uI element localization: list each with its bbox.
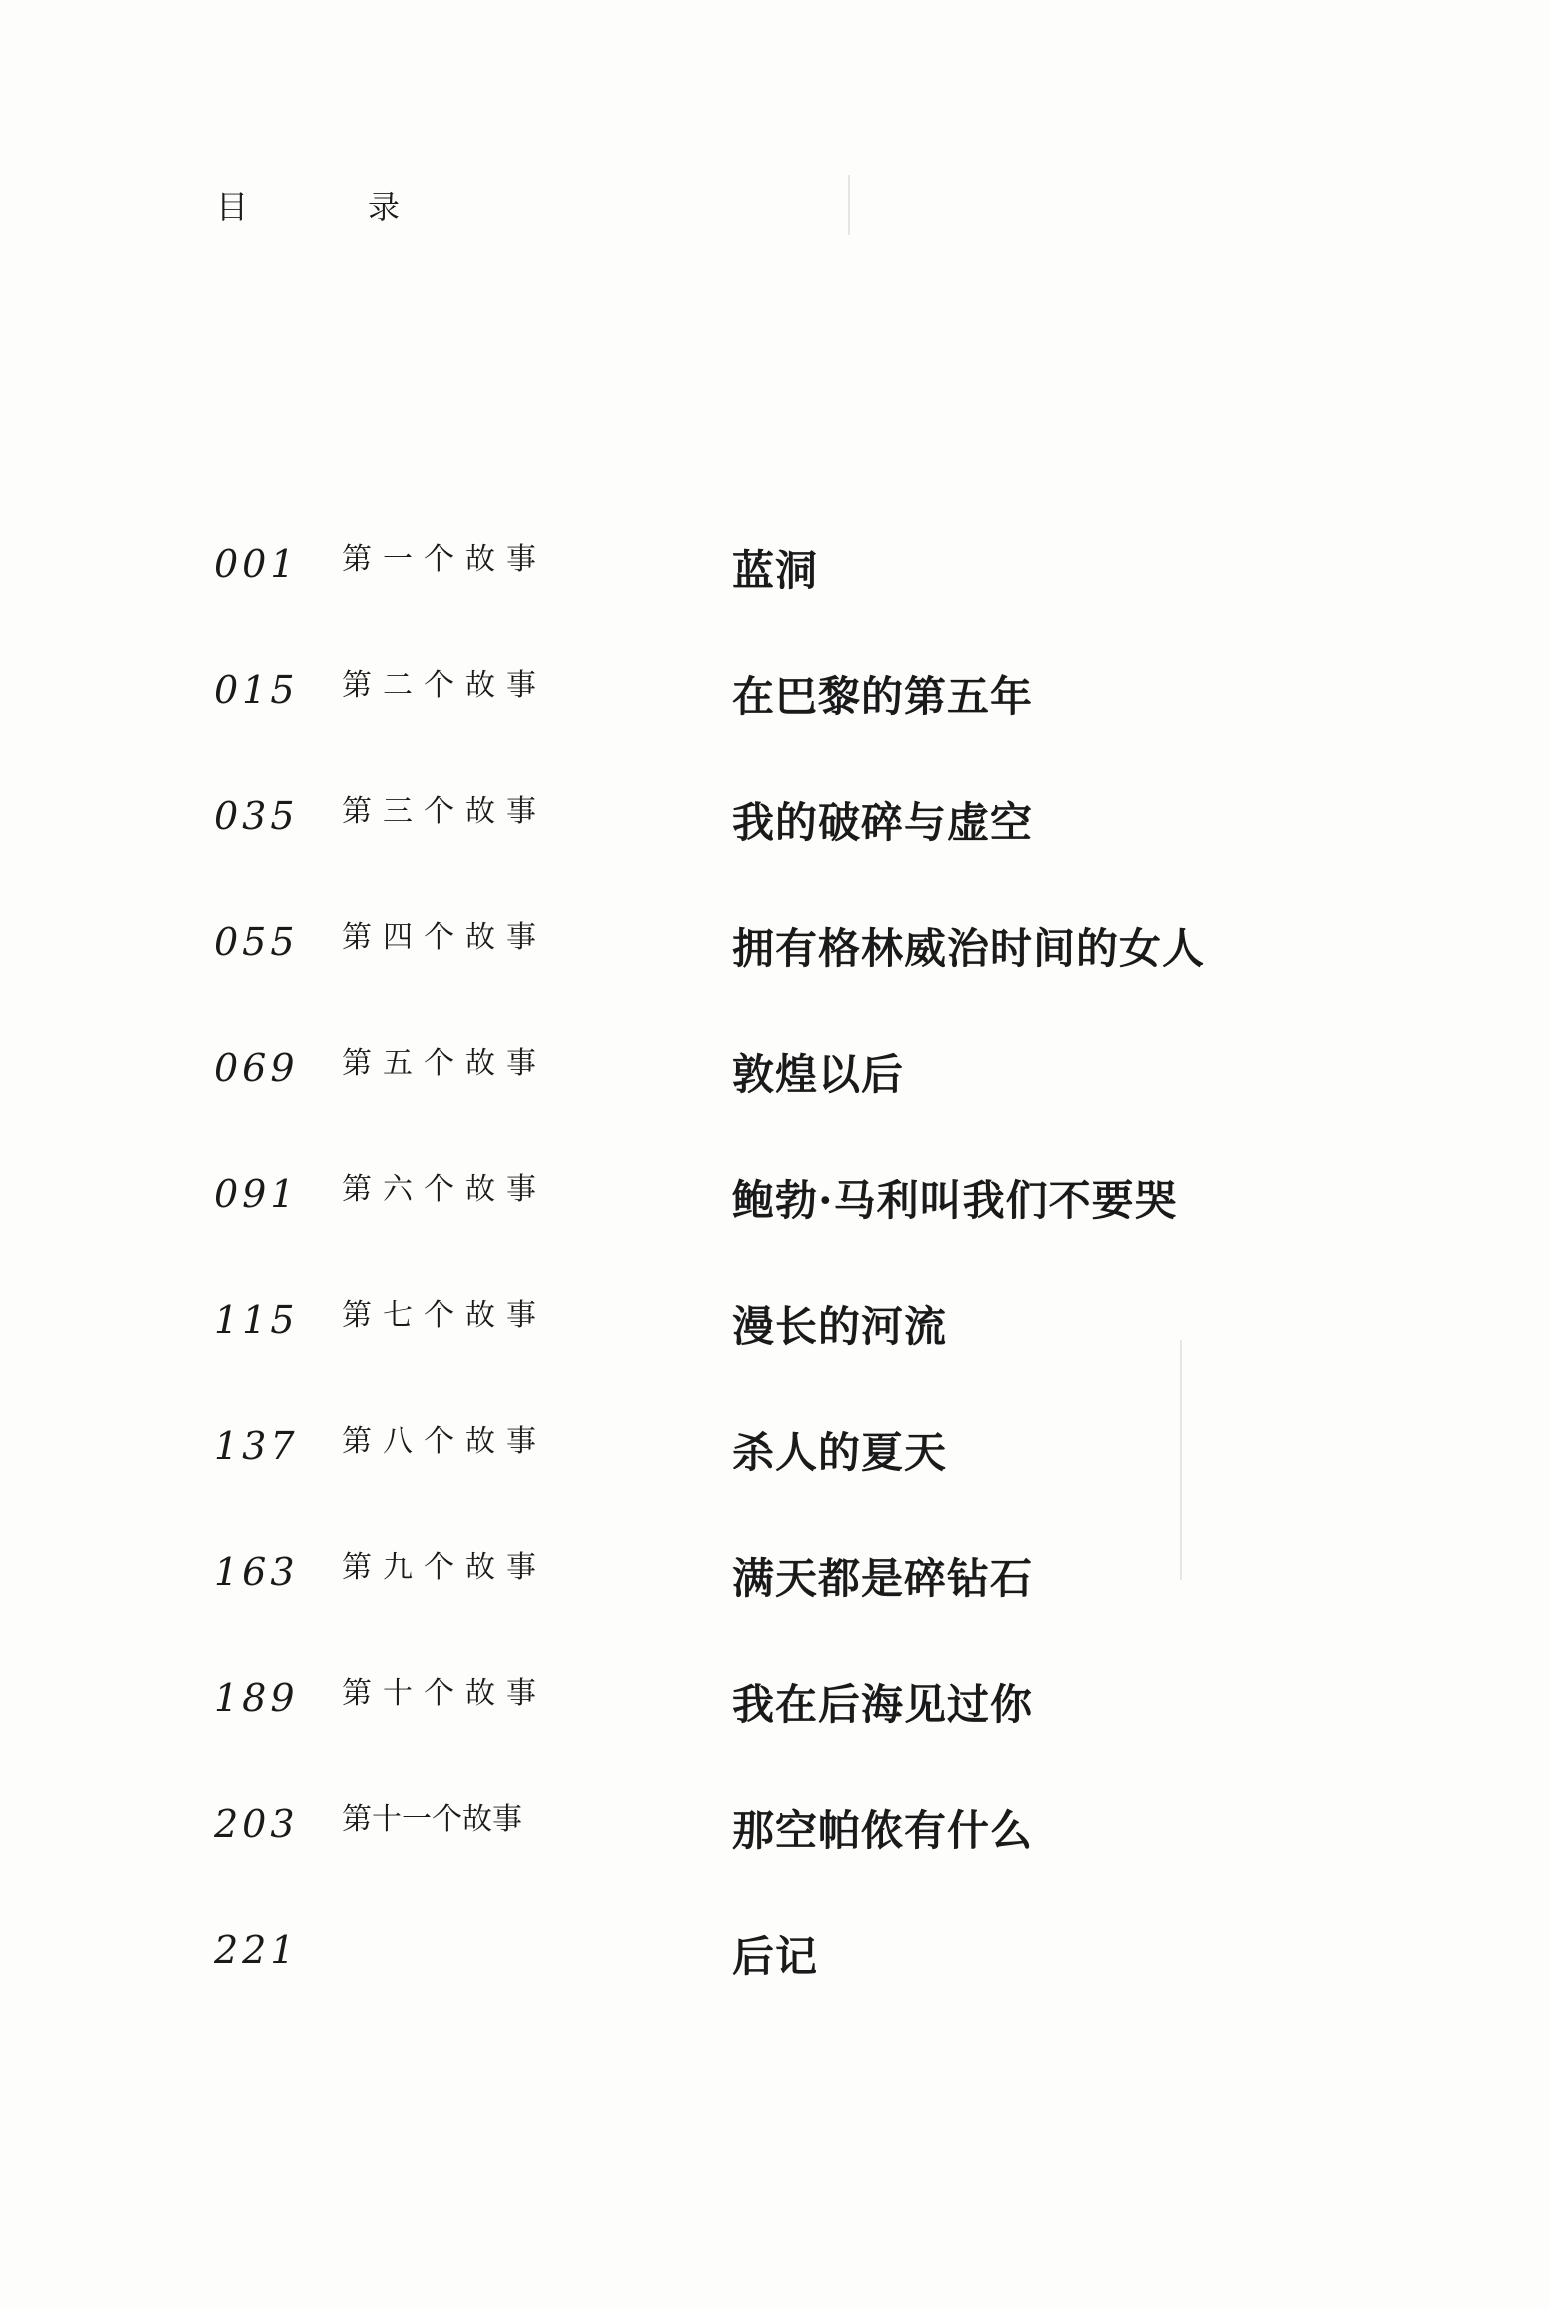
page-number: 163 [214, 1550, 299, 1594]
page-number: 203 [214, 1802, 299, 1846]
toc-entry[interactable]: 055 第四个故事 拥有格林威治时间的女人 [0, 920, 1550, 1000]
toc-entry[interactable]: 163 第九个故事 满天都是碎钻石 [0, 1550, 1550, 1630]
story-label: 第二个故事 [342, 660, 547, 704]
toc-entry[interactable]: 115 第七个故事 漫长的河流 [0, 1298, 1550, 1378]
story-title: 后记 [732, 1924, 818, 1984]
toc-entry[interactable]: 137 第八个故事 杀人的夏天 [0, 1424, 1550, 1504]
page-number: 189 [214, 1676, 299, 1720]
toc-entry[interactable]: 189 第十个故事 我在后海见过你 [0, 1676, 1550, 1756]
toc-entry[interactable]: 015 第二个故事 在巴黎的第五年 [0, 668, 1550, 748]
story-title: 鲍勃·马利叫我们不要哭 [732, 1168, 1178, 1228]
story-label: 第六个故事 [342, 1164, 547, 1208]
story-label: 第七个故事 [342, 1290, 547, 1334]
story-title: 敦煌以后 [732, 1042, 904, 1102]
story-title: 我的破碎与虚空 [732, 790, 1033, 850]
story-title: 杀人的夏天 [732, 1420, 947, 1480]
story-label: 第四个故事 [342, 912, 547, 956]
page-number: 221 [214, 1928, 299, 1972]
story-title: 漫长的河流 [732, 1294, 947, 1354]
page-number: 069 [214, 1046, 299, 1090]
story-title: 拥有格林威治时间的女人 [732, 916, 1205, 976]
story-label: 第五个故事 [342, 1038, 547, 1082]
story-title: 我在后海见过你 [732, 1672, 1033, 1732]
story-label: 第三个故事 [342, 786, 547, 830]
story-title: 在巴黎的第五年 [732, 664, 1033, 724]
toc-entry[interactable]: 091 第六个故事 鲍勃·马利叫我们不要哭 [0, 1172, 1550, 1252]
story-label: 第九个故事 [342, 1542, 547, 1586]
page-number: 015 [214, 668, 299, 712]
page-number: 001 [214, 542, 299, 586]
story-title: 蓝洞 [732, 538, 818, 598]
page-number: 055 [214, 920, 299, 964]
story-label: 第八个故事 [342, 1416, 547, 1460]
page-number: 035 [214, 794, 299, 838]
scan-artifact-line [848, 175, 850, 235]
toc-entry[interactable]: 203 第十一个故事 那空帕侬有什么 [0, 1802, 1550, 1882]
story-label: 第十个故事 [342, 1668, 547, 1712]
page-number: 137 [214, 1424, 299, 1468]
toc-entry[interactable]: 001 第一个故事 蓝洞 [0, 542, 1550, 622]
toc-entry[interactable]: 069 第五个故事 敦煌以后 [0, 1046, 1550, 1126]
page-number: 091 [214, 1172, 299, 1216]
page-title: 目 录 [216, 182, 444, 228]
toc-entry[interactable]: 035 第三个故事 我的破碎与虚空 [0, 794, 1550, 874]
toc-entry[interactable]: 221 后记 [0, 1928, 1550, 2008]
story-title: 那空帕侬有什么 [732, 1798, 1033, 1858]
page-number: 115 [214, 1298, 299, 1342]
story-title: 满天都是碎钻石 [732, 1546, 1033, 1606]
story-label: 第一个故事 [342, 534, 547, 578]
story-label: 第十一个故事 [342, 1794, 522, 1838]
